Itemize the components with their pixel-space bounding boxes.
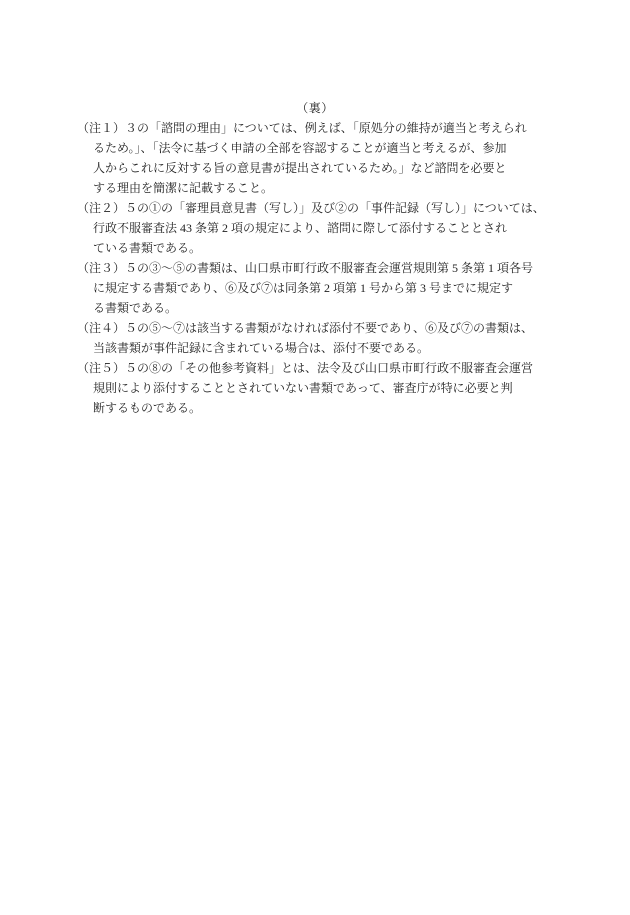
note-2: （注２） ５の①の「審理員意見書（写し）」及び②の「事件記録（写し）」については… xyxy=(0,198,630,258)
note-line: する理由を簡潔に記載すること。 xyxy=(0,178,630,198)
note-line: 行政不服審査法 43 条第 2 項の規定により、諮問に際して添付することとされ xyxy=(0,218,630,238)
note-line: る書類である。 xyxy=(0,298,630,318)
note-label: （注５） xyxy=(77,358,125,378)
notes-section: （注１） ３の「諮問の理由」については、例えば、「原処分の維持が適当と考えられ … xyxy=(0,118,630,418)
note-text: ５の③〜⑤の書類は、山口県市町行政不服審査会運営規則第 5 条第 1 項各号 xyxy=(125,261,533,275)
note-line: 人からこれに反対する旨の意見書が提出されているため。」など諮問を必要と xyxy=(0,158,630,178)
note-text: ３の「諮問の理由」については、例えば、「原処分の維持が適当と考えられ xyxy=(125,121,527,135)
note-line: （注５） ５の⑧の「その他参考資料」とは、法令及び山口県市町行政不服審査会運営 xyxy=(0,358,630,378)
note-line: ている書類である。 xyxy=(0,238,630,258)
note-text: ５の①の「審理員意見書（写し）」及び②の「事件記録（写し）」については、 xyxy=(125,201,545,215)
note-5: （注５） ５の⑧の「その他参考資料」とは、法令及び山口県市町行政不服審査会運営 … xyxy=(0,358,630,418)
note-text: ５の⑧の「その他参考資料」とは、法令及び山口県市町行政不服審査会運営 xyxy=(125,361,533,375)
note-line: に規定する書類であり、⑥及び⑦は同条第 2 項第 1 号から第 3 号までに規定… xyxy=(0,278,630,298)
note-line: （注２） ５の①の「審理員意見書（写し）」及び②の「事件記録（写し）」については… xyxy=(0,198,630,218)
note-line: （注３） ５の③〜⑤の書類は、山口県市町行政不服審査会運営規則第 5 条第 1 … xyxy=(0,258,630,278)
note-line: （注４） ５の⑤〜⑦は該当する書類がなければ添付不要であり、⑥及び⑦の書類は、 xyxy=(0,318,630,338)
note-line: 規則により添付することとされていない書類であって、審査庁が特に必要と判 xyxy=(0,378,630,398)
note-3: （注３） ５の③〜⑤の書類は、山口県市町行政不服審査会運営規則第 5 条第 1 … xyxy=(0,258,630,318)
note-line: 当該書類が事件記録に含まれている場合は、添付不要である。 xyxy=(0,338,630,358)
page-side-label: （裏） xyxy=(0,98,630,118)
note-line: るため。」、「法令に基づく申請の全部を容認することが適当と考えるが、参加 xyxy=(0,138,630,158)
note-label: （注４） xyxy=(77,318,125,338)
note-text: ５の⑤〜⑦は該当する書類がなければ添付不要であり、⑥及び⑦の書類は、 xyxy=(125,321,533,335)
note-1: （注１） ３の「諮問の理由」については、例えば、「原処分の維持が適当と考えられ … xyxy=(0,118,630,198)
note-label: （注２） xyxy=(77,198,125,218)
note-label: （注１） xyxy=(77,118,125,138)
note-label: （注３） xyxy=(77,258,125,278)
document-page: （裏） （注１） ３の「諮問の理由」については、例えば、「原処分の維持が適当と考… xyxy=(0,0,630,915)
note-line: （注１） ３の「諮問の理由」については、例えば、「原処分の維持が適当と考えられ xyxy=(0,118,630,138)
note-line: 断するものである。 xyxy=(0,398,630,418)
note-4: （注４） ５の⑤〜⑦は該当する書類がなければ添付不要であり、⑥及び⑦の書類は、 … xyxy=(0,318,630,358)
